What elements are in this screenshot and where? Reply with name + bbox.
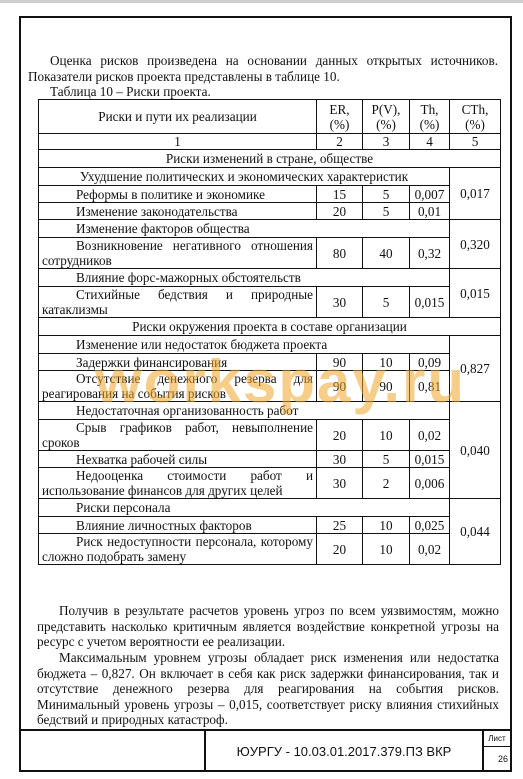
column-header-2: ER, (%) bbox=[317, 100, 363, 134]
conclusion-paragraph-1: Получив в результате расчетов уровень уг… bbox=[37, 603, 499, 650]
column-number-5: 5 bbox=[450, 134, 501, 150]
risk-name: Изменение законодательства bbox=[39, 203, 317, 220]
group-title: Ухудшение политических и экономических х… bbox=[39, 168, 450, 186]
th-value: 0,02 bbox=[410, 534, 450, 565]
th-value: 0,007 bbox=[410, 186, 450, 203]
risk-name: Возникновение негативного отношения сотр… bbox=[39, 238, 317, 269]
table-row: Риск недоступности персонала, которому с… bbox=[39, 534, 501, 565]
column-number-4: 4 bbox=[410, 134, 450, 150]
pv-value: 10 bbox=[363, 517, 410, 534]
pv-value: 10 bbox=[363, 534, 410, 565]
table-row: Недооценка стоимости работ и использован… bbox=[39, 468, 501, 499]
group-cth-value: 0,827 bbox=[450, 336, 501, 402]
group-title: Риски персонала bbox=[39, 499, 450, 517]
viewer-top-bar bbox=[0, 0, 523, 3]
column-number-1: 1 bbox=[39, 134, 317, 150]
group-title: Изменение или недостаток бюджета проекта bbox=[39, 336, 450, 354]
pv-value: 90 bbox=[363, 371, 410, 402]
table-row: Отсутствие денежного резерва для реагиро… bbox=[39, 371, 501, 402]
column-number-2: 2 bbox=[317, 134, 363, 150]
group-title: Влияние форс-мажорных обстоятельств bbox=[39, 269, 450, 287]
th-value: 0,006 bbox=[410, 468, 450, 499]
sheet-label: Лист bbox=[484, 731, 510, 747]
er-value: 15 bbox=[317, 186, 363, 203]
group-cth-value: 0,040 bbox=[450, 402, 501, 499]
th-value: 0,09 bbox=[410, 354, 450, 371]
section-row: Риски изменений в стране, обществе bbox=[39, 150, 501, 168]
er-value: 30 bbox=[317, 287, 363, 318]
er-value: 30 bbox=[317, 451, 363, 468]
table-row: Нехватка рабочей силы3050,015 bbox=[39, 451, 501, 468]
risk-name: Срыв графиков работ, невыполнение сроков bbox=[39, 420, 317, 451]
table-caption: Таблица 10 – Риски проекта. bbox=[50, 84, 211, 99]
pv-value: 40 bbox=[363, 238, 410, 269]
table-row: Влияние личностных факторов25100,025 bbox=[39, 517, 501, 534]
th-value: 0,81 bbox=[410, 371, 450, 402]
table-row: Реформы в политике и экономике1550,007 bbox=[39, 186, 501, 203]
section-title: Риски изменений в стране, обществе bbox=[39, 150, 501, 168]
group-cth-value: 0,015 bbox=[450, 269, 501, 318]
column-header-3: P(V), (%) bbox=[363, 100, 410, 134]
er-value: 20 bbox=[317, 203, 363, 220]
risk-name: Влияние личностных факторов bbox=[39, 517, 317, 534]
group-cth-value: 0,320 bbox=[450, 220, 501, 269]
table-row: Стихийные бедствия и природные катаклизм… bbox=[39, 287, 501, 318]
er-value: 90 bbox=[317, 354, 363, 371]
sheet-box: Лист 26 bbox=[482, 731, 510, 772]
risk-name: Стихийные бедствия и природные катаклизм… bbox=[39, 287, 317, 318]
pv-value: 10 bbox=[363, 354, 410, 371]
document-code: ЮУРГУ - 10.03.01.2017.379.ПЗ ВКР bbox=[206, 731, 482, 772]
risk-name: Риск недоступности персонала, которому с… bbox=[39, 534, 317, 565]
er-value: 20 bbox=[317, 420, 363, 451]
group-row: Недостаточная организованность работ0,04… bbox=[39, 402, 501, 420]
risk-name: Отсутствие денежного резерва для реагиро… bbox=[39, 371, 317, 402]
title-block-stamp: ЮУРГУ - 10.03.01.2017.379.ПЗ ВКР Лист 26 bbox=[19, 729, 510, 772]
pv-value: 10 bbox=[363, 420, 410, 451]
group-row: Изменение факторов общества0,320 bbox=[39, 220, 501, 238]
stamp-empty-cell bbox=[19, 731, 206, 772]
table-row: Срыв графиков работ, невыполнение сроков… bbox=[39, 420, 501, 451]
group-cth-value: 0,017 bbox=[450, 168, 501, 220]
table-row: Изменение законодательства2050,01 bbox=[39, 203, 501, 220]
group-cth-value: 0,044 bbox=[450, 499, 501, 565]
th-value: 0,015 bbox=[410, 287, 450, 318]
conclusion-paragraph-2: Максимальным уровнем угрозы обладает рис… bbox=[37, 650, 499, 728]
th-value: 0,015 bbox=[410, 451, 450, 468]
risk-name: Нехватка рабочей силы bbox=[39, 451, 317, 468]
risk-table: Риски и пути их реализацииER, (%)P(V), (… bbox=[38, 99, 501, 565]
group-title: Недостаточная организованность работ bbox=[39, 402, 450, 420]
pv-value: 2 bbox=[363, 468, 410, 499]
column-number-row: 12345 bbox=[39, 134, 501, 150]
intro-paragraph: Оценка рисков произведена на основании д… bbox=[28, 53, 498, 84]
group-row: Риски персонала0,044 bbox=[39, 499, 501, 517]
column-header-4: Th, (%) bbox=[410, 100, 450, 134]
group-row: Изменение или недостаток бюджета проекта… bbox=[39, 336, 501, 354]
pv-value: 5 bbox=[363, 186, 410, 203]
group-row: Ухудшение политических и экономических х… bbox=[39, 168, 501, 186]
pv-value: 5 bbox=[363, 451, 410, 468]
column-header-1: Риски и пути их реализации bbox=[39, 100, 317, 134]
risk-name: Реформы в политике и экономике bbox=[39, 186, 317, 203]
section-row: Риски окружения проекта в составе органи… bbox=[39, 318, 501, 336]
table-row: Задержки финансирования90100,09 bbox=[39, 354, 501, 371]
er-value: 90 bbox=[317, 371, 363, 402]
section-title: Риски окружения проекта в составе органи… bbox=[39, 318, 501, 336]
th-value: 0,02 bbox=[410, 420, 450, 451]
pv-value: 5 bbox=[363, 287, 410, 318]
th-value: 0,32 bbox=[410, 238, 450, 269]
er-value: 20 bbox=[317, 534, 363, 565]
table-row: Возникновение негативного отношения сотр… bbox=[39, 238, 501, 269]
risk-name: Задержки финансирования bbox=[39, 354, 317, 371]
column-number-3: 3 bbox=[363, 134, 410, 150]
er-value: 30 bbox=[317, 468, 363, 499]
th-value: 0,01 bbox=[410, 203, 450, 220]
group-title: Изменение факторов общества bbox=[39, 220, 450, 238]
er-value: 80 bbox=[317, 238, 363, 269]
risk-name: Недооценка стоимости работ и использован… bbox=[39, 468, 317, 499]
sheet-number: 26 bbox=[484, 747, 508, 772]
group-row: Влияние форс-мажорных обстоятельств0,015 bbox=[39, 269, 501, 287]
th-value: 0,025 bbox=[410, 517, 450, 534]
column-header-5: CTh, (%) bbox=[450, 100, 501, 134]
table-header-row: Риски и пути их реализацииER, (%)P(V), (… bbox=[39, 100, 501, 134]
er-value: 25 bbox=[317, 517, 363, 534]
pv-value: 5 bbox=[363, 203, 410, 220]
